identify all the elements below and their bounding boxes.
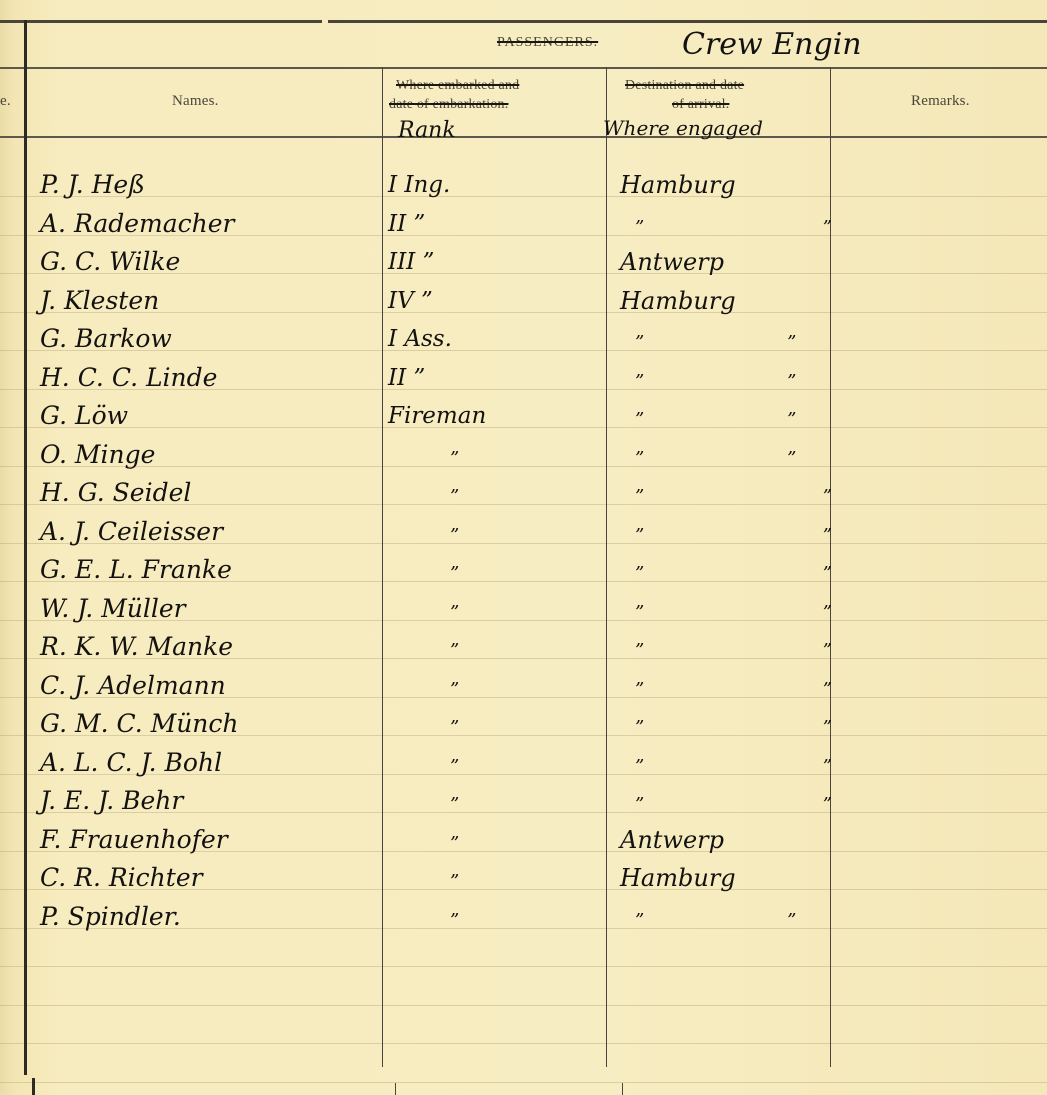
crew-name: J. Klesten [40,286,159,315]
crew-engaged-place: Antwerp [620,826,724,854]
crew-engaged-place: ” ” [635,525,832,546]
ledger-line [0,1043,1047,1044]
crew-rank: ” [450,602,459,623]
crew-engaged-place: ” ” [635,332,796,353]
column-header-names: Names. [172,93,219,110]
table-row: O. Minge”” ” [0,438,1047,476]
table-row: G. BarkowI Ass.” ” [0,322,1047,360]
crew-engaged-place: Antwerp [620,248,724,276]
ledger-line [0,1005,1047,1006]
crew-engaged-place: ” ” [635,910,796,931]
crew-rank: ” [450,448,459,469]
table-row: J. E. J. Behr”” ” [0,784,1047,822]
crew-name: P. Spindler. [40,902,181,931]
table-row: P. J. HeßI Ing.Hamburg [0,168,1047,206]
crew-engaged-place: ” ” [635,371,796,392]
crew-rank: II ” [388,211,425,237]
table-row: G. C. WilkeIII ”Antwerp [0,245,1047,283]
column-header-remarks: Remarks. [911,93,970,110]
crew-rank: ” [450,679,459,700]
ledger-line [0,1082,1047,1083]
column-header-embarked-line2: date of embarkation. [389,97,508,113]
crew-engaged-place: ” ” [635,409,796,430]
section-title-printed: PASSENGERS. [497,35,598,51]
crew-rank: IV ” [388,288,433,314]
table-row: H. C. C. LindeII ”” ” [0,361,1047,399]
table-row: P. Spindler.”” ” [0,900,1047,938]
table-row: A. J. Ceileisser”” ” [0,515,1047,553]
manifest-page: PASSENGERS. Crew Engin e. Names. Where e… [0,0,1047,1095]
table-row: F. Frauenhofer”Antwerp [0,823,1047,861]
crew-engaged-place: Hamburg [620,287,736,315]
table-row: A. RademacherII ”” ” [0,207,1047,245]
column-header-destination-line2: of arrival. [672,97,729,113]
table-row: G. M. C. Münch”” ” [0,707,1047,745]
crew-rank: ” [450,717,459,738]
crew-rank: Fireman [388,403,486,429]
column-header-rule [0,136,1047,138]
crew-rank: ” [450,756,459,777]
crew-engaged-place: ” ” [635,756,832,777]
crew-rank: II ” [388,365,425,391]
crew-engaged-place: ” ” [635,717,832,738]
crew-name: C. R. Richter [40,863,203,892]
crew-rank: ” [450,486,459,507]
crew-rank: ” [450,640,459,661]
column-header-embarked-line1: Where embarked and [396,78,519,94]
crew-name: A. Rademacher [40,209,235,238]
table-row: H. G. Seidel”” ” [0,476,1047,514]
column-header-destination-line1: Destination and date [625,78,744,94]
crew-engaged-place: Hamburg [620,171,736,199]
crew-name: G. M. C. Münch [40,709,239,738]
crew-name: C. J. Adelmann [40,671,226,700]
table-row: C. J. Adelmann”” ” [0,669,1047,707]
crew-name: J. E. J. Behr [40,786,183,815]
top-rule-right [328,20,1047,23]
crew-engaged-place: ” ” [635,640,832,661]
crew-name: G. C. Wilke [40,247,180,276]
crew-engaged-place: ” ” [635,563,832,584]
bottom-stub-3 [622,1083,623,1095]
crew-rank: I Ass. [388,326,452,352]
crew-name: H. G. Seidel [40,478,191,507]
crew-name: W. J. Müller [40,594,186,623]
table-row: J. KlestenIV ”Hamburg [0,284,1047,322]
crew-rank: ” [450,525,459,546]
left-edge-fragment: e. [0,93,11,110]
crew-name: G. Löw [40,401,128,430]
crew-engaged-place: ” ” [635,602,832,623]
crew-engaged-place: ” ” [635,794,832,815]
header-rule [0,67,1047,69]
crew-rank: ” [450,910,459,931]
section-title-handwritten: Crew Engin [682,27,862,62]
bottom-stub-2 [395,1083,396,1095]
crew-engaged-place: Hamburg [620,864,736,892]
crew-name: R. K. W. Manke [40,632,233,661]
crew-name: H. C. C. Linde [40,363,217,392]
crew-rank: ” [450,871,459,892]
crew-name: P. J. Heß [40,170,145,199]
crew-engaged-place: ” ” [635,448,796,469]
crew-name: F. Frauenhofer [40,825,228,854]
crew-engaged-place: ” ” [635,217,832,238]
table-row: A. L. C. J. Bohl”” ” [0,746,1047,784]
crew-name: A. L. C. J. Bohl [40,748,222,777]
crew-rank: ” [450,794,459,815]
crew-rank: I Ing. [388,172,450,198]
table-row: W. J. Müller”” ” [0,592,1047,630]
table-row: R. K. W. Manke”” ” [0,630,1047,668]
column-header-embarked-handwritten: Rank [398,118,456,143]
crew-name: G. Barkow [40,324,172,353]
crew-engaged-place: ” ” [635,679,832,700]
crew-name: O. Minge [40,440,155,469]
table-row: C. R. Richter”Hamburg [0,861,1047,899]
bottom-stub-1 [32,1078,35,1095]
crew-rank: ” [450,833,459,854]
table-row: G. LöwFireman” ” [0,399,1047,437]
crew-name: A. J. Ceileisser [40,517,223,546]
crew-rank: ” [450,563,459,584]
column-header-destination-handwritten: Where engaged [603,116,763,140]
crew-rank: III ” [388,249,434,275]
ledger-line [0,966,1047,967]
crew-engaged-place: ” ” [635,486,832,507]
top-rule-left [0,20,322,23]
table-row: G. E. L. Franke”” ” [0,553,1047,591]
crew-name: G. E. L. Franke [40,555,232,584]
